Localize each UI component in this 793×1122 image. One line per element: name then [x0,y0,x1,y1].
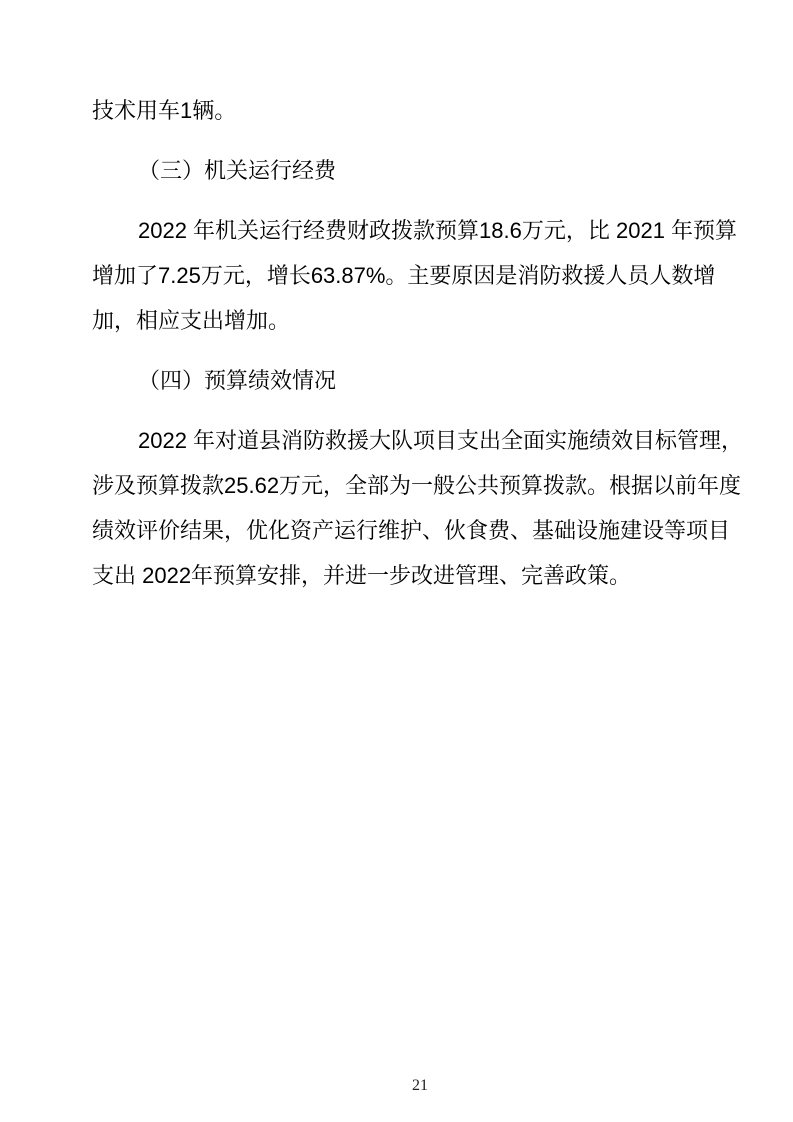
body-paragraph: 2022 年对道县消防救援大队项目支出全面实施绩效目标管理，涉及预算拨款25.6… [92,418,708,598]
text-line: （四）预算绩效情况 [92,358,708,403]
page-footer: 21 [320,1076,520,1096]
text-line: 2022 年机关运行经费财政拨款预算18.6万元，比 2021 年预算 [92,208,708,253]
heading-paragraph: （三）机关运行经费 [92,148,708,193]
document-page: 技术用车1辆。（三）机关运行经费2022 年机关运行经费财政拨款预算18.6万元… [0,0,793,1122]
text-line: （三）机关运行经费 [92,148,708,193]
text-line: 增加了7.25万元，增长63.87%。主要原因是消防救援人员人数增 [92,253,708,298]
text-line: 涉及预算拨款25.62万元，全部为一般公共预算拨款。根据以前年度 [92,463,708,508]
text-line: 支出 2022年预算安排，并进一步改进管理、完善政策。 [92,553,708,598]
text-line: 加，相应支出增加。 [92,298,708,343]
page-number: 21 [412,1077,428,1094]
body-paragraph: 技术用车1辆。 [92,88,708,133]
text-line: 绩效评价结果，优化资产运行维护、伙食费、基础设施建设等项目 [92,508,708,553]
body-paragraph: 2022 年机关运行经费财政拨款预算18.6万元，比 2021 年预算增加了7.… [92,208,708,343]
text-line: 技术用车1辆。 [92,88,708,133]
text-line: 2022 年对道县消防救援大队项目支出全面实施绩效目标管理， [92,418,708,463]
heading-paragraph: （四）预算绩效情况 [92,358,708,403]
document-body: 技术用车1辆。（三）机关运行经费2022 年机关运行经费财政拨款预算18.6万元… [92,88,708,598]
